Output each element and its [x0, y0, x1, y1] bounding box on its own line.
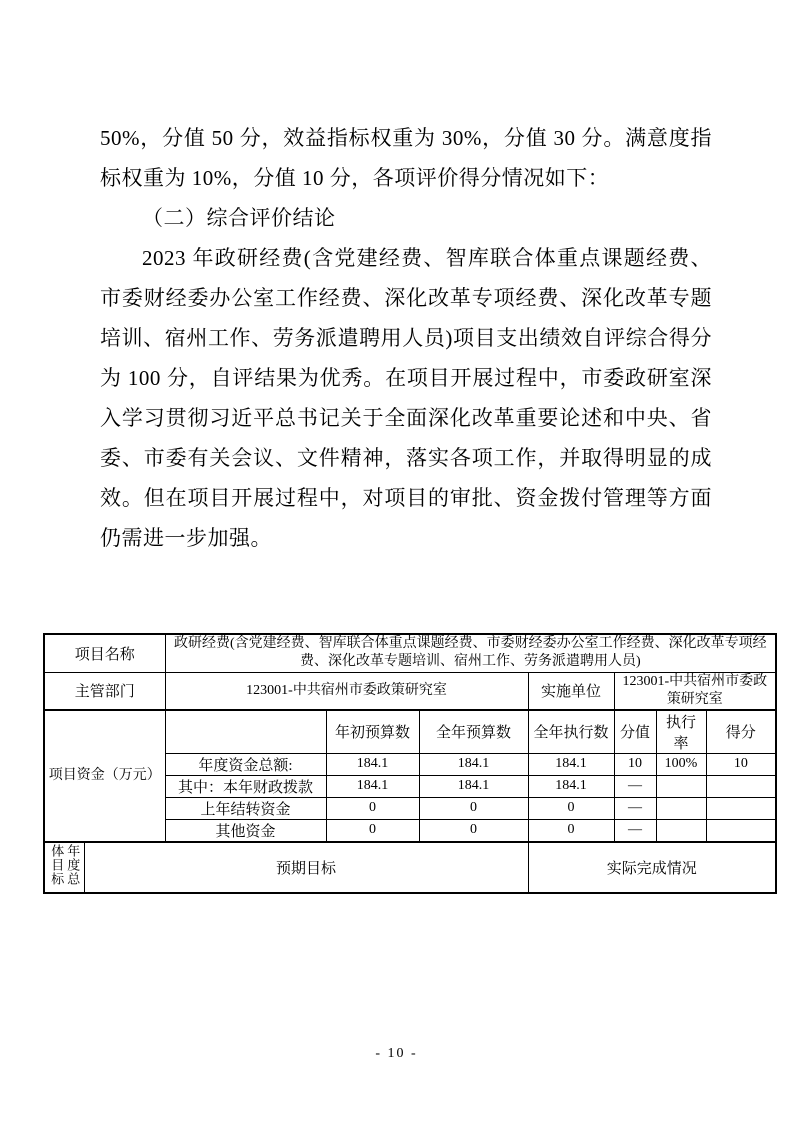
fund-budget: 0 [419, 819, 528, 842]
impl-unit-value: 123001-中共宿州市委政策研究室 [614, 672, 776, 710]
section-heading: （二）综合评价结论 [100, 198, 712, 238]
fund-score [706, 775, 776, 797]
fund-rate [656, 797, 706, 819]
header-initial-budget: 年初预算数 [326, 710, 419, 754]
fund-score-value: — [614, 797, 656, 819]
impl-unit-label: 实施单位 [528, 672, 614, 710]
dept-label: 主管部门 [44, 672, 165, 710]
fund-row-label: 上年结转资金 [165, 797, 326, 819]
expected-goal-label: 预期目标 [84, 842, 528, 893]
header-score: 得分 [706, 710, 776, 754]
blank-cell [165, 710, 326, 754]
fund-score [706, 819, 776, 842]
fund-score [706, 797, 776, 819]
page-number: - 10 - [0, 1046, 793, 1062]
dept-value: 123001-中共宿州市委政策研究室 [165, 672, 528, 710]
fund-initial: 0 [326, 819, 419, 842]
header-annual-budget: 全年预算数 [419, 710, 528, 754]
fund-row-label: 其他资金 [165, 819, 326, 842]
paragraph-evaluation-conclusion: 2023 年政研经费(含党建经费、智库联合体重点课题经费、市委财经委办公室工作经… [100, 238, 712, 558]
document-page: 50%，分值 50 分，效益指标权重为 30%，分值 30 分。满意度指标权重为… [0, 0, 793, 1122]
table-row: 项目名称 政研经费(含党建经费、智库联合体重点课题经费、市委财经委办公室工作经费… [44, 634, 776, 672]
fund-rate [656, 819, 706, 842]
table-header-row: 项目资金（万元） 年初预算数 全年预算数 全年执行数 分值 执行率 得分 [44, 710, 776, 754]
table-row: 主管部门 123001-中共宿州市委政策研究室 实施单位 123001-中共宿州… [44, 672, 776, 710]
fund-initial: 0 [326, 797, 419, 819]
fund-budget: 0 [419, 797, 528, 819]
fund-score-value: 10 [614, 753, 656, 775]
project-name-value: 政研经费(含党建经费、智库联合体重点课题经费、市委财经委办公室工作经费、深化改革… [165, 634, 776, 672]
fund-score-value: — [614, 819, 656, 842]
header-execution-rate: 执行率 [656, 710, 706, 754]
fund-rate: 100% [656, 753, 706, 775]
paragraph-evaluation-weights: 50%，分值 50 分，效益指标权重为 30%，分值 30 分。满意度指标权重为… [100, 118, 712, 198]
fund-initial: 184.1 [326, 753, 419, 775]
annual-goal-label-cell: 年度总体目标 [44, 842, 84, 893]
goal-row: 年度总体目标 预期目标 实际完成情况 [44, 842, 776, 893]
actual-completion-label: 实际完成情况 [528, 842, 776, 893]
evaluation-summary-table: 项目名称 政研经费(含党建经费、智库联合体重点课题经费、市委财经委办公室工作经费… [43, 633, 777, 894]
fund-row-label: 年度资金总额: [165, 753, 326, 775]
fund-execution: 0 [528, 797, 614, 819]
fund-execution: 184.1 [528, 775, 614, 797]
annual-goal-label: 年度总体目标 [48, 843, 80, 887]
fund-execution: 184.1 [528, 753, 614, 775]
fund-initial: 184.1 [326, 775, 419, 797]
fund-budget: 184.1 [419, 753, 528, 775]
project-name-label: 项目名称 [44, 634, 165, 672]
fund-score: 10 [706, 753, 776, 775]
fund-budget: 184.1 [419, 775, 528, 797]
header-annual-execution: 全年执行数 [528, 710, 614, 754]
fund-score-value: — [614, 775, 656, 797]
fund-rate [656, 775, 706, 797]
header-score-value: 分值 [614, 710, 656, 754]
body-text: 50%，分值 50 分，效益指标权重为 30%，分值 30 分。满意度指标权重为… [100, 118, 712, 558]
fund-execution: 0 [528, 819, 614, 842]
fund-row-label: 其中：本年财政拨款 [165, 775, 326, 797]
funds-label: 项目资金（万元） [44, 710, 165, 842]
